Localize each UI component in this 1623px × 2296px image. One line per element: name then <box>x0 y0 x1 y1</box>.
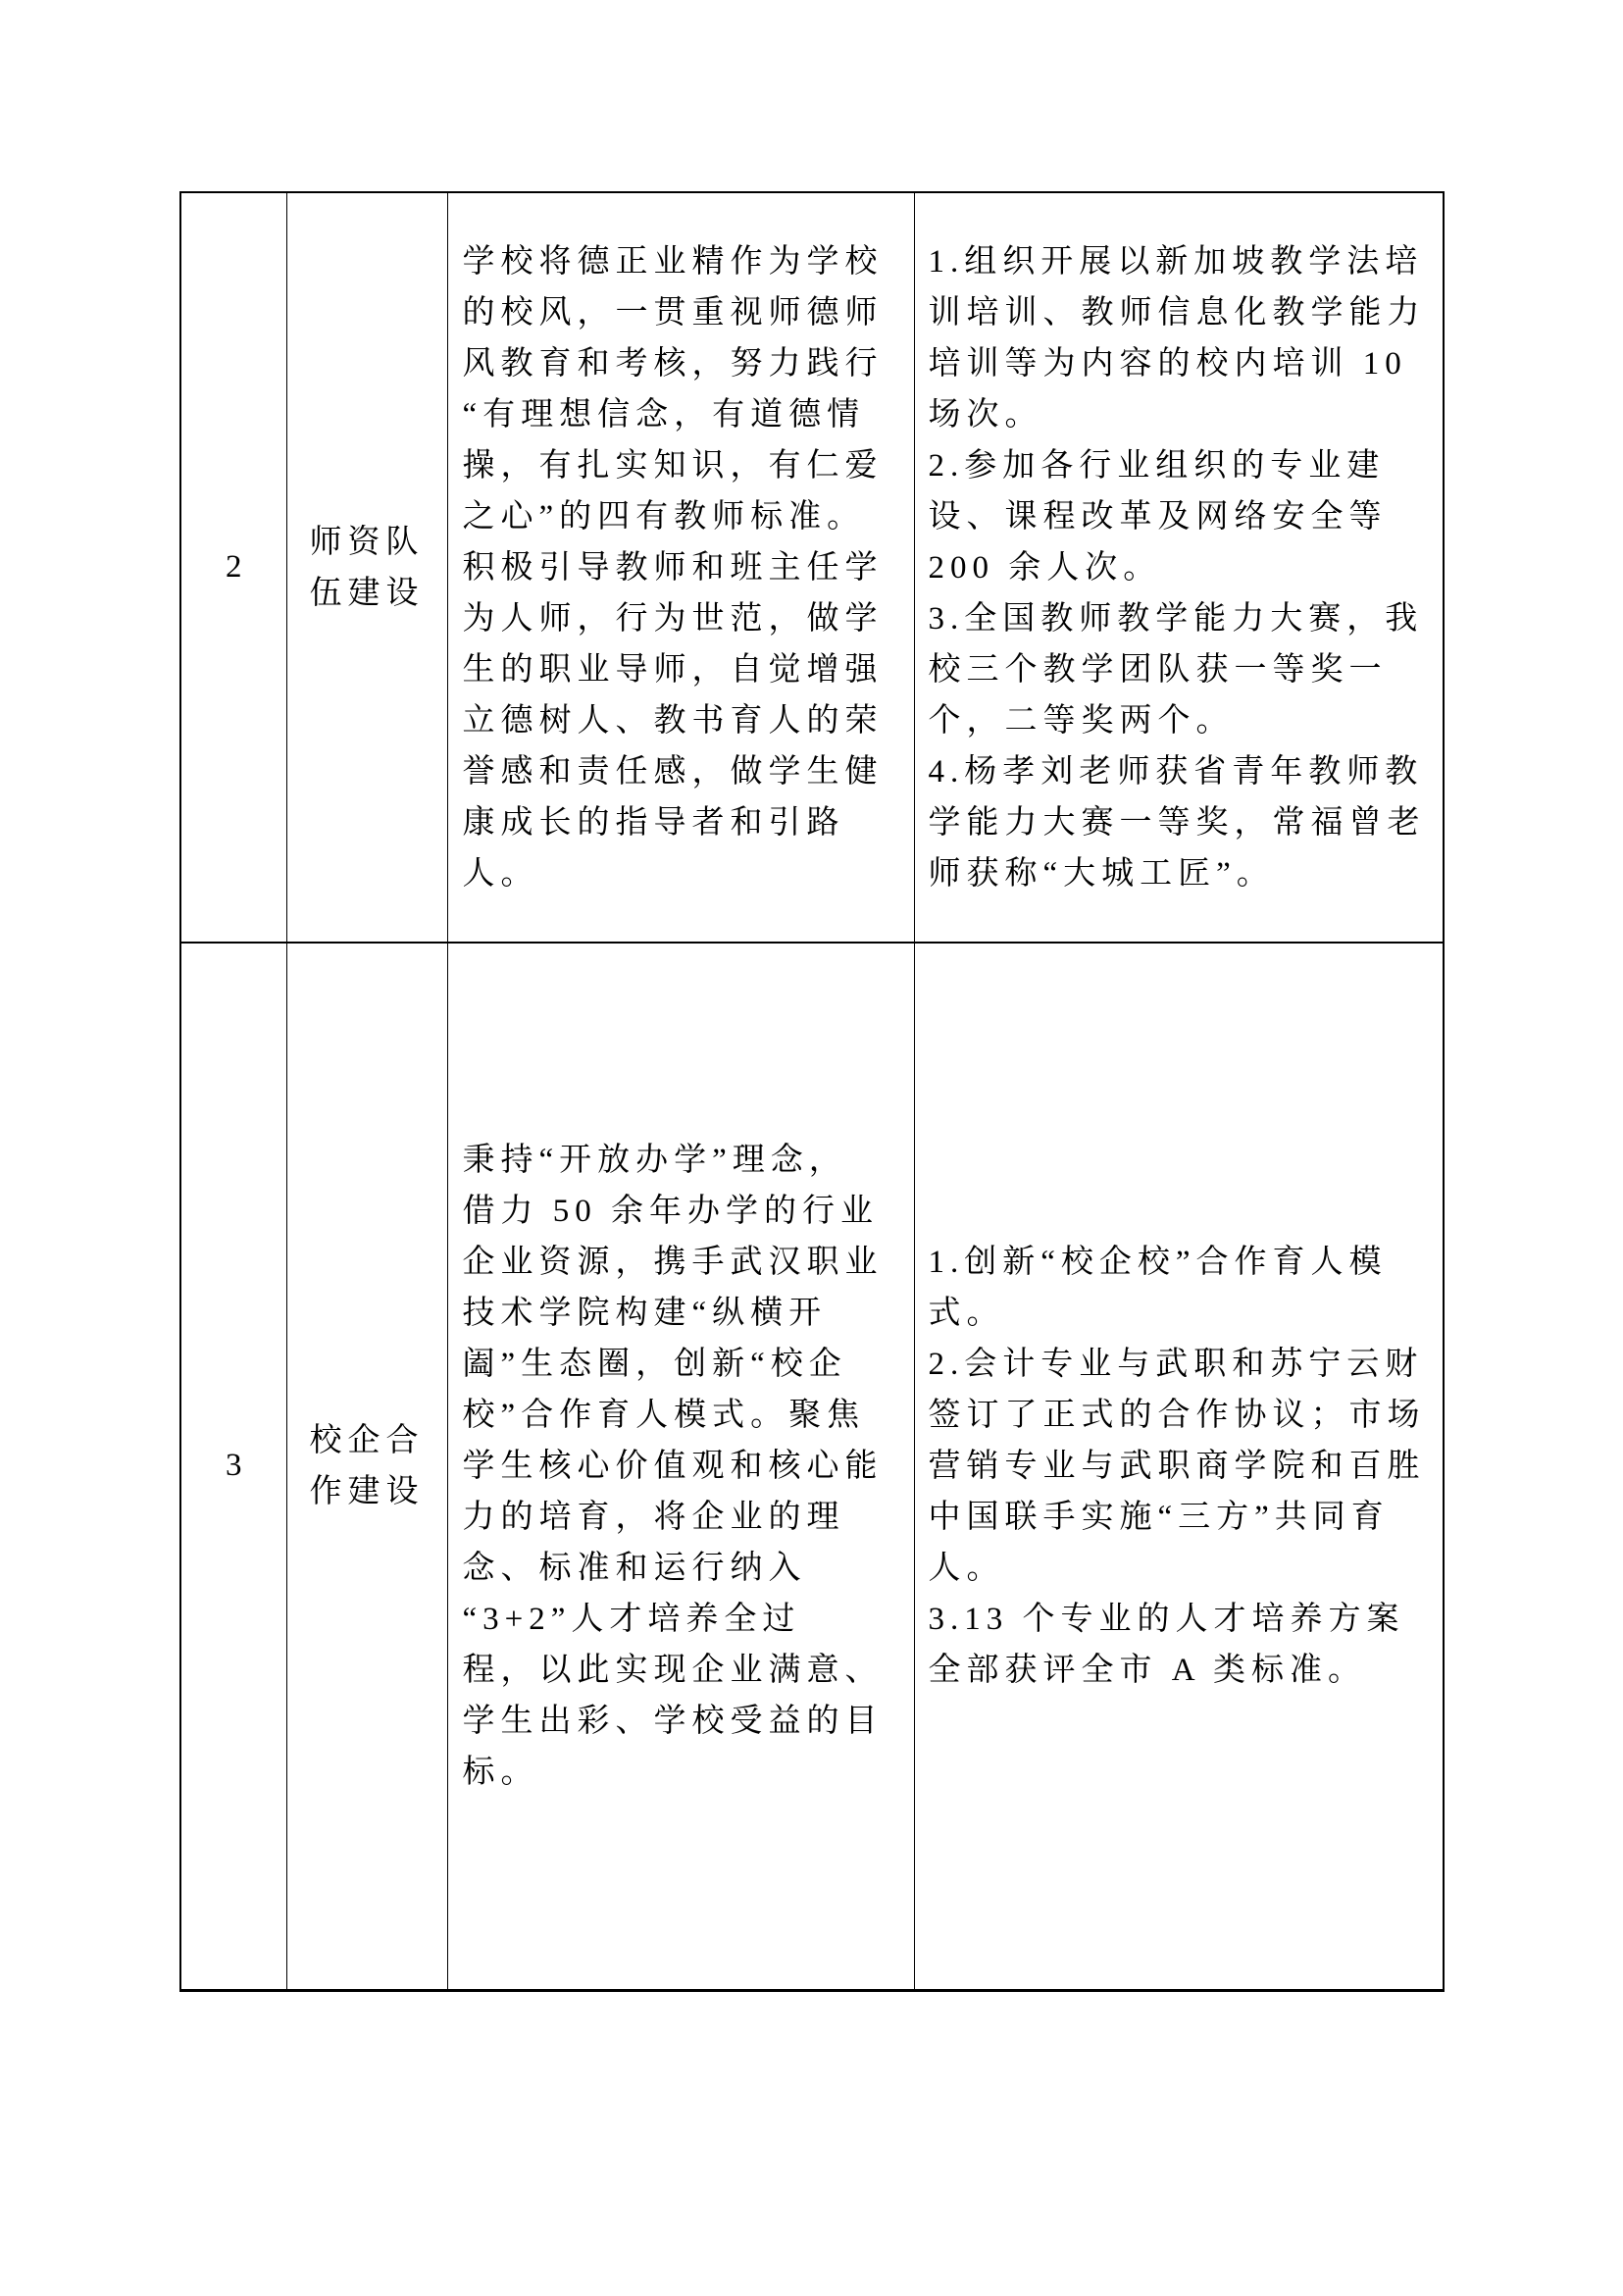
category-cell: 校企合 作建设 <box>286 943 447 1990</box>
category-label: 师资队 伍建设 <box>310 525 425 611</box>
document-page: 2 师资队 伍建设 学校将德正业精作为学校 的校风，一贯重视师德师 风教育和考核… <box>0 0 1623 2296</box>
description-cell: 学校将德正业精作为学校 的校风，一贯重视师德师 风教育和考核，努力践行 “有理想… <box>447 192 914 943</box>
category-label: 校企合 作建设 <box>310 1423 425 1509</box>
category-cell: 师资队 伍建设 <box>286 192 447 943</box>
row-number: 3 <box>226 1448 242 1483</box>
table-row-3: 3 校企合 作建设 秉持“开放办学”理念， 借力 50 余年办学的行业 企业资源… <box>180 943 1444 1990</box>
row-number: 2 <box>226 549 242 585</box>
achievements-cell: 1.创新“校企校”合作育人模 式。 2.会计专业与武职和苏宁云财 签订了正式的合… <box>914 943 1444 1990</box>
description-cell: 秉持“开放办学”理念， 借力 50 余年办学的行业 企业资源，携手武汉职业 技术… <box>447 943 914 1990</box>
row-number-cell: 3 <box>180 943 286 1990</box>
table-row-2: 2 师资队 伍建设 学校将德正业精作为学校 的校风，一贯重视师德师 风教育和考核… <box>180 192 1444 943</box>
construction-report-table: 2 师资队 伍建设 学校将德正业精作为学校 的校风，一贯重视师德师 风教育和考核… <box>179 191 1445 1992</box>
row-number-cell: 2 <box>180 192 286 943</box>
achievements-text: 1.组织开展以新加坡教学法培 训培训、教师信息化教学能力 培训等为内容的校内培训… <box>915 236 1444 899</box>
achievements-text: 1.创新“校企校”合作育人模 式。 2.会计专业与武职和苏宁云财 签订了正式的合… <box>915 1237 1444 1696</box>
description-text: 学校将德正业精作为学校 的校风，一贯重视师德师 风教育和考核，努力践行 “有理想… <box>448 236 914 899</box>
description-text: 秉持“开放办学”理念， 借力 50 余年办学的行业 企业资源，携手武汉职业 技术… <box>448 1135 914 1798</box>
achievements-cell: 1.组织开展以新加坡教学法培 训培训、教师信息化教学能力 培训等为内容的校内培训… <box>914 192 1444 943</box>
